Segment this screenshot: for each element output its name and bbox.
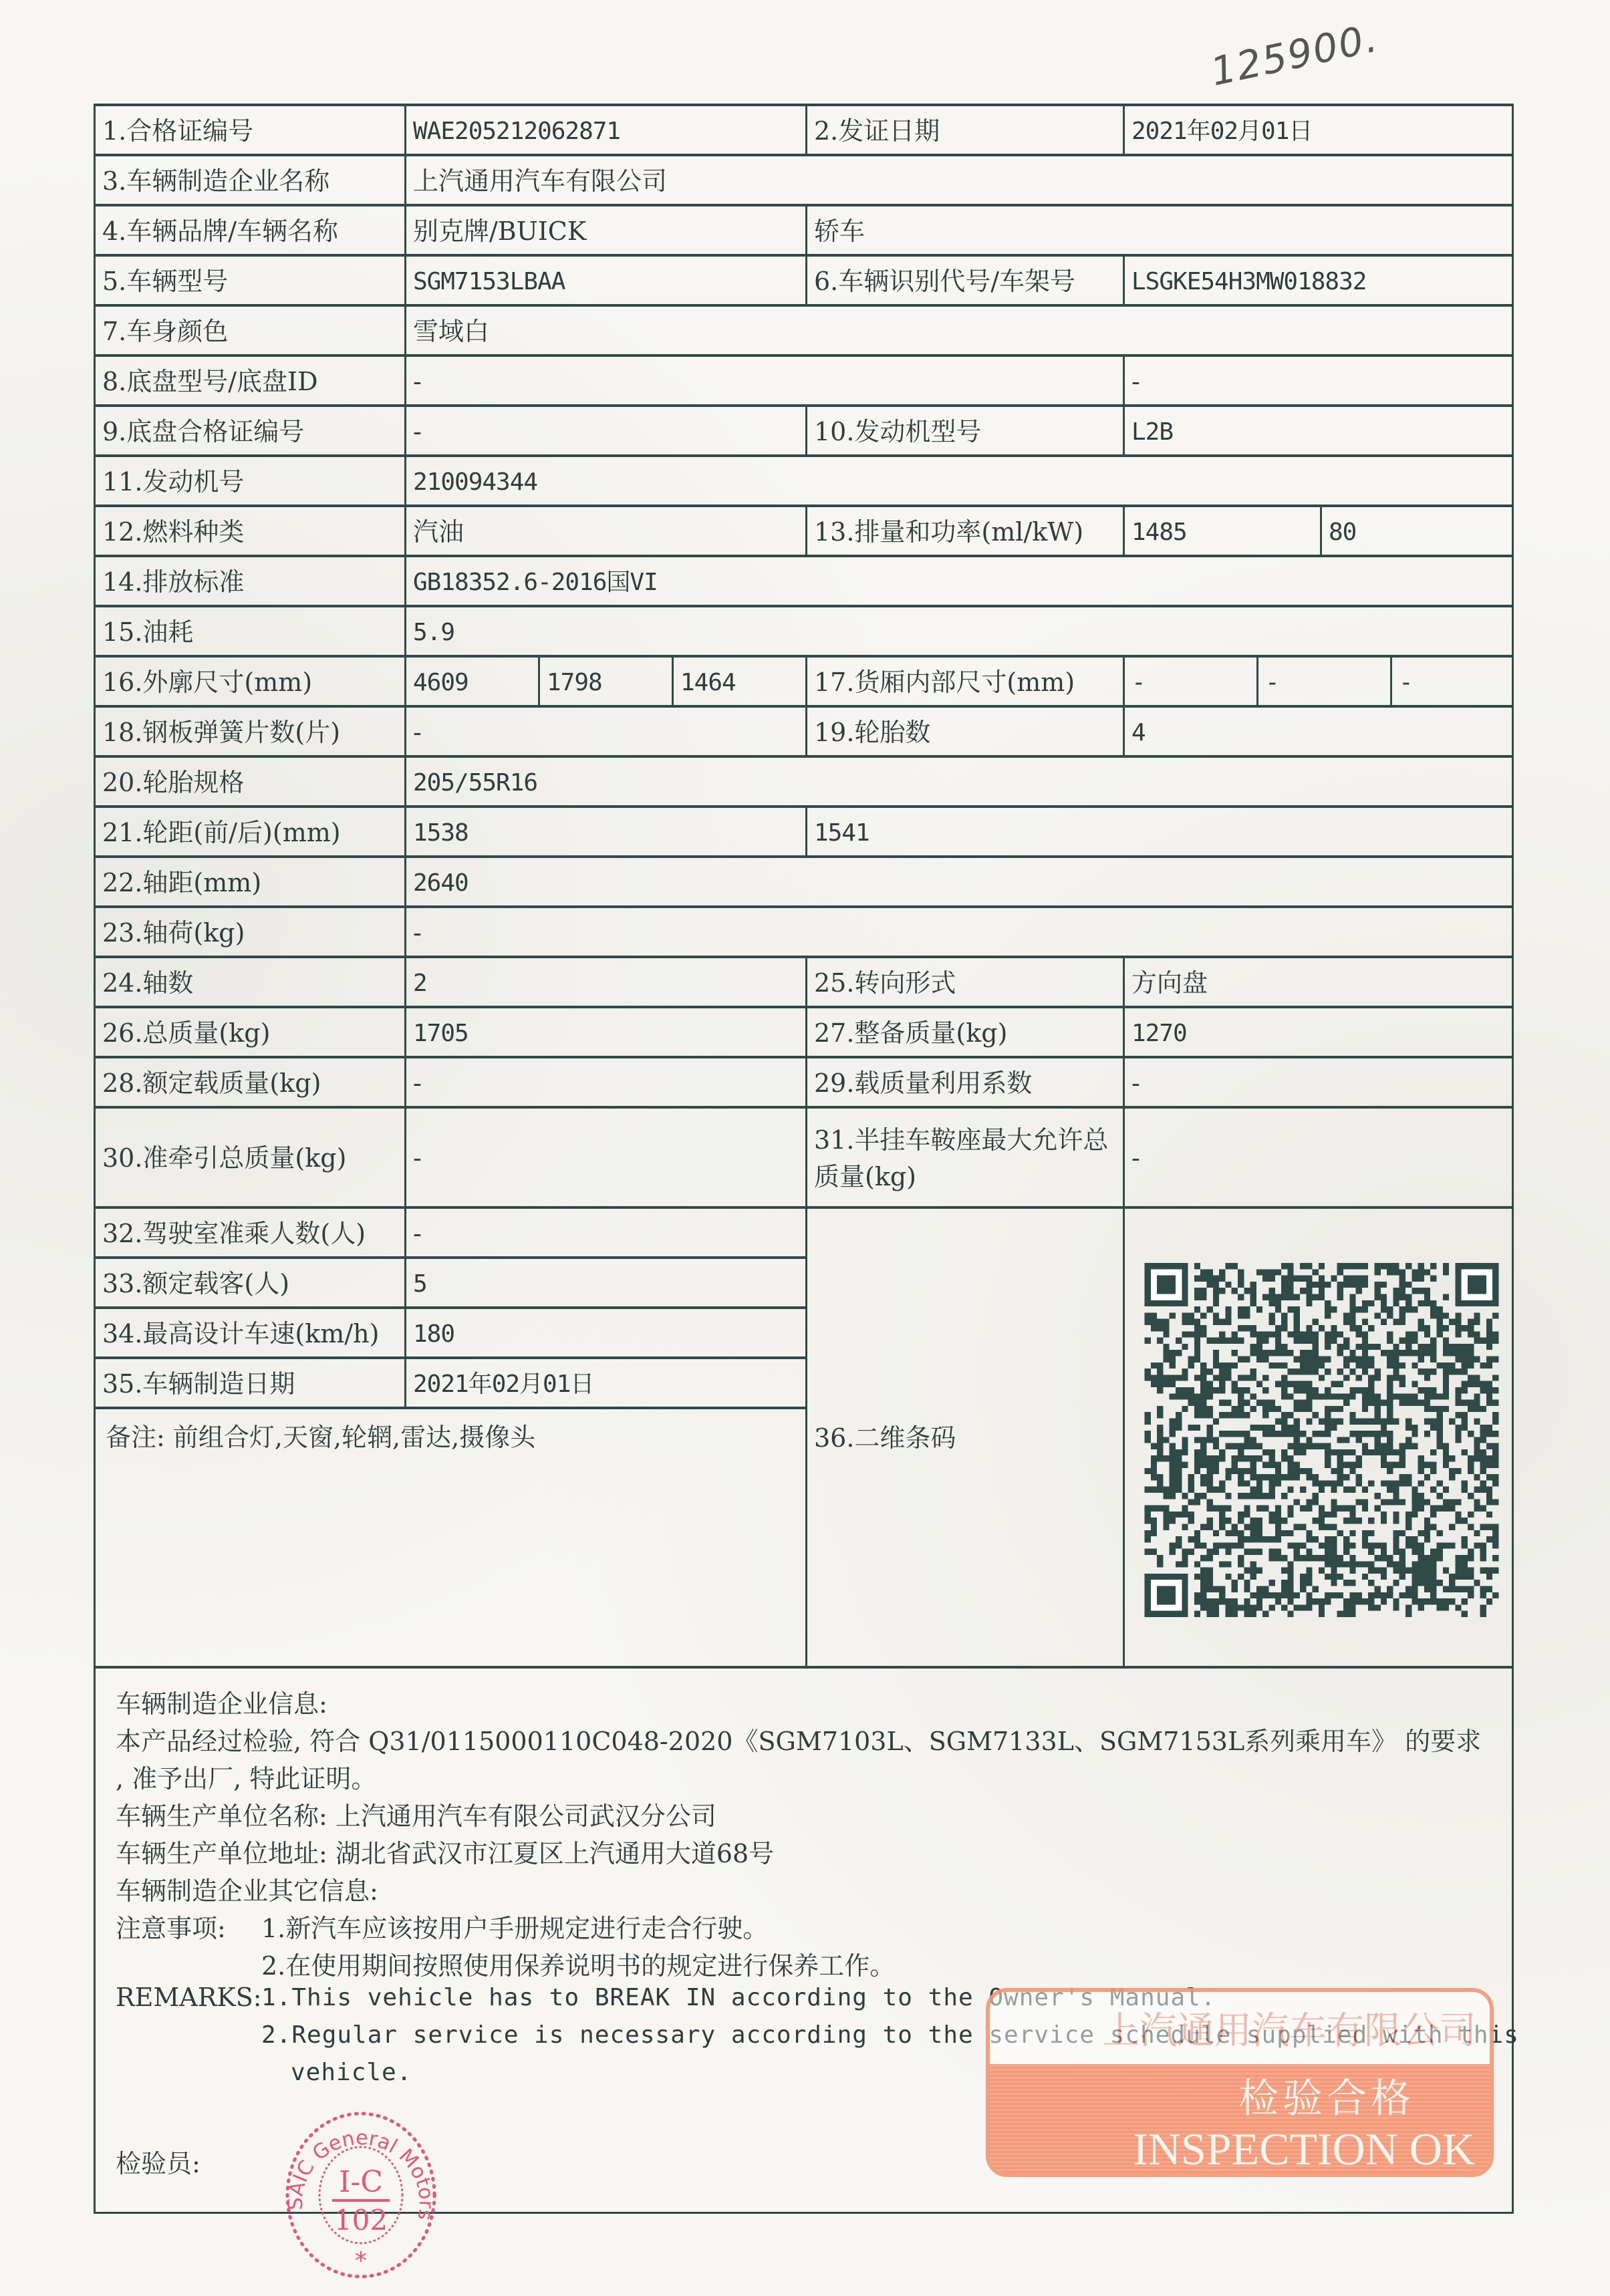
field-label: 12.燃料种类 <box>94 507 404 557</box>
inspection-ok-stamp: 上汽通用汽车有限公司 检验合格 INSPECTION OK <box>986 1988 1494 2177</box>
certificate-number: WAE205212062871 <box>404 106 805 156</box>
rated-passengers: 5 <box>404 1259 805 1309</box>
remarks-text: 备注: 前组合灯,天窗,轮辋,雷达,摄像头 <box>94 1409 805 1669</box>
cargo-length: - <box>1123 658 1256 708</box>
field-label: 20.轮胎规格 <box>94 758 404 808</box>
power: 80 <box>1320 507 1514 557</box>
vehicle-model: SGM7153LBAA <box>404 257 805 307</box>
curb-mass: 1270 <box>1123 1008 1514 1058</box>
overall-width: 1798 <box>538 658 672 708</box>
svg-text:I-C: I-C <box>339 2165 383 2199</box>
field-label: 26.总质量(kg) <box>94 1008 404 1058</box>
producer-address: 车辆生产单位地址: 湖北省武汉市江夏区上汽通用大道68号 <box>116 1833 774 1870</box>
table-row: 33.额定载客(人) 5 <box>94 1256 805 1309</box>
field-label: 11.发动机号 <box>94 457 404 507</box>
compliance-line-2: , 准予出厂, 特此证明。 <box>116 1758 376 1795</box>
brand-name: 别克牌/BUICK <box>404 206 805 257</box>
qr-code-icon[interactable] <box>1143 1263 1500 1617</box>
steering-type: 方向盘 <box>1123 958 1514 1008</box>
axle-count: 2 <box>404 958 805 1008</box>
load-utilization: - <box>1123 1058 1514 1109</box>
table-row: 12.燃料种类 汽油 13.排量和功率(ml/kW) 1485 80 <box>94 505 1514 557</box>
vehicle-type: 轿车 <box>805 206 1514 257</box>
tire-spec: 205/55R16 <box>404 758 1514 808</box>
field-label: 17.货厢内部尺寸(mm) <box>805 658 1123 708</box>
gross-mass: 1705 <box>404 1008 805 1058</box>
table-row: 8.底盘型号/底盘ID - - <box>94 354 1514 407</box>
fuel-consumption: 5.9 <box>404 607 1514 658</box>
table-row: 28.额定载质量(kg) - 29.载质量利用系数 - <box>94 1056 1514 1109</box>
cab-seating: - <box>404 1209 805 1259</box>
table-row: 5.车辆型号 SGM7153LBAA 6.车辆识别代号/车架号 LSGKE54H… <box>94 254 1514 307</box>
info-heading: 车辆制造企业信息: <box>116 1683 327 1720</box>
field-label: 28.额定载质量(kg) <box>94 1058 404 1109</box>
saddle-mass: - <box>1123 1109 1514 1209</box>
table-row: 1.合格证编号 WAE205212062871 2.发证日期 2021年02月0… <box>94 104 1514 156</box>
field-label: 16.外廓尺寸(mm) <box>94 658 404 708</box>
manufacture-date: 2021年02月01日 <box>404 1359 805 1409</box>
overall-length: 4609 <box>404 658 538 708</box>
remark-2-cont: vehicle. <box>291 2059 412 2086</box>
remarks-row: 备注: 前组合灯,天窗,轮辋,雷达,摄像头 <box>94 1407 805 1669</box>
svg-text:102: 102 <box>334 2204 388 2237</box>
wheelbase: 2640 <box>404 858 1514 908</box>
field-label: 18.钢板弹簧片数(片) <box>94 708 404 758</box>
field-label: 7.车身颜色 <box>94 307 404 357</box>
remarks-label: REMARKS: <box>116 1983 262 2012</box>
fuel-type: 汽油 <box>404 507 805 557</box>
field-label: 35.车辆制造日期 <box>94 1359 404 1409</box>
rear-track: 1541 <box>805 808 1514 858</box>
field-label: 10.发动机型号 <box>805 407 1123 457</box>
field-label: 29.载质量利用系数 <box>805 1058 1123 1109</box>
chassis-id: - <box>1123 357 1514 407</box>
table-row: 4.车辆品牌/车辆名称 别克牌/BUICK 轿车 <box>94 204 1514 257</box>
vin-number: LSGKE54H3MW018832 <box>1123 257 1514 307</box>
stamp-body: 检验合格 INSPECTION OK <box>990 2064 1490 2173</box>
note-1: 1.新汽车应该按用户手册规定进行走合行驶。 <box>261 1908 768 1945</box>
field-label: 33.额定载客(人) <box>94 1259 404 1309</box>
body-color: 雪域白 <box>404 307 1514 357</box>
field-label: 25.转向形式 <box>805 958 1123 1008</box>
table-row: 34.最高设计车速(km/h) 180 <box>94 1306 805 1359</box>
table-row: 22.轴距(mm) 2640 <box>94 855 1514 908</box>
table-row: 14.排放标准 GB18352.6-2016国VI <box>94 555 1514 607</box>
table-row: 3.车辆制造企业名称 上汽通用汽车有限公司 <box>94 154 1514 206</box>
cargo-height: - <box>1390 658 1514 708</box>
table-row: 11.发动机号 210094344 <box>94 454 1514 507</box>
qr-label: 36.二维条码 <box>805 1209 1123 1669</box>
cargo-width: - <box>1256 658 1390 708</box>
inspector-seal-icon: SAIC General Motors I-C 102 * <box>277 2102 444 2282</box>
compliance-line-1: 本产品经过检验, 符合 Q31/0115000110C048-2020《SGM7… <box>116 1721 1481 1757</box>
engine-number: 210094344 <box>404 457 1514 507</box>
engine-model: L2B <box>1123 407 1514 457</box>
note-2: 2.在使用期间按照使用保养说明书的规定进行保养工作。 <box>261 1945 895 1982</box>
field-label: 4.车辆品牌/车辆名称 <box>94 206 404 257</box>
manufacturer-name: 上汽通用汽车有限公司 <box>404 156 1514 206</box>
field-label: 31.半挂车鞍座最大允许总质量(kg) <box>805 1109 1123 1209</box>
towing-mass: - <box>404 1109 805 1209</box>
leaf-spring-count: - <box>404 708 805 758</box>
table-row: 7.车身颜色 雪域白 <box>94 304 1514 357</box>
field-label: 1.合格证编号 <box>94 106 404 156</box>
field-label: 13.排量和功率(ml/kW) <box>805 507 1123 557</box>
field-label: 5.车辆型号 <box>94 257 404 307</box>
stamp-text-cn: 检验合格 <box>990 2067 1415 2124</box>
field-label: 30.准牵引总质量(kg) <box>94 1109 404 1209</box>
field-label: 8.底盘型号/底盘ID <box>94 357 404 407</box>
field-label: 32.驾驶室准乘人数(人) <box>94 1209 404 1259</box>
producer-name: 车辆生产单位名称: 上汽通用汽车有限公司武汉分公司 <box>116 1796 716 1832</box>
rated-load: - <box>404 1058 805 1109</box>
table-row: 35.车辆制造日期 2021年02月01日 <box>94 1356 805 1409</box>
stamp-company: 上汽通用汽车有限公司 <box>990 1992 1490 2064</box>
axle-load: - <box>404 908 1514 958</box>
table-row: 9.底盘合格证编号 - 10.发动机型号 L2B <box>94 404 1514 457</box>
field-label: 15.油耗 <box>94 607 404 658</box>
field-label: 19.轮胎数 <box>805 708 1123 758</box>
table-row: 23.轴荷(kg) - <box>94 905 1514 958</box>
field-label: 21.轮距(前/后)(mm) <box>94 808 404 858</box>
tire-count: 4 <box>1123 708 1514 758</box>
field-label: 22.轴距(mm) <box>94 858 404 908</box>
field-label: 24.轴数 <box>94 958 404 1008</box>
chassis-cert-number: - <box>404 407 805 457</box>
table-row: 32.驾驶室准乘人数(人) - <box>94 1206 805 1259</box>
table-row: 18.钢板弹簧片数(片) - 19.轮胎数 4 <box>94 705 1514 758</box>
table-row: 20.轮胎规格 205/55R16 <box>94 755 1514 808</box>
field-label: 9.底盘合格证编号 <box>94 407 404 457</box>
displacement: 1485 <box>1123 507 1320 557</box>
field-label: 3.车辆制造企业名称 <box>94 156 404 206</box>
table-row: 26.总质量(kg) 1705 27.整备质量(kg) 1270 <box>94 1006 1514 1058</box>
overall-height: 1464 <box>672 658 805 708</box>
table-row: 21.轮距(前/后)(mm) 1538 1541 <box>94 805 1514 858</box>
chassis-model: - <box>404 357 1123 407</box>
table-row: 24.轴数 2 25.转向形式 方向盘 <box>94 956 1514 1008</box>
inspector-label: 检验员: <box>116 2143 200 2180</box>
other-info: 车辆制造企业其它信息: <box>116 1870 378 1907</box>
front-track: 1538 <box>404 808 805 858</box>
field-label: 2.发证日期 <box>805 106 1123 156</box>
table-row: 16.外廓尺寸(mm) 4609 1798 1464 17.货厢内部尺寸(mm)… <box>94 655 1514 708</box>
field-label: 27.整备质量(kg) <box>805 1008 1123 1058</box>
table-row: 30.准牵引总质量(kg) - 31.半挂车鞍座最大允许总质量(kg) - <box>94 1106 1514 1209</box>
max-speed: 180 <box>404 1309 805 1359</box>
emission-standard: GB18352.6-2016国VI <box>404 557 1514 607</box>
notes-label: 注意事项: <box>116 1908 226 1945</box>
field-label: 34.最高设计车速(km/h) <box>94 1309 404 1359</box>
table-row: 15.油耗 5.9 <box>94 605 1514 658</box>
field-label: 14.排放标准 <box>94 557 404 607</box>
svg-text:*: * <box>355 2247 367 2275</box>
field-label: 23.轴荷(kg) <box>94 908 404 958</box>
field-label: 6.车辆识别代号/车架号 <box>805 257 1123 307</box>
issue-date: 2021年02月01日 <box>1123 106 1514 156</box>
stamp-text-en: INSPECTION OK <box>990 2123 1475 2176</box>
